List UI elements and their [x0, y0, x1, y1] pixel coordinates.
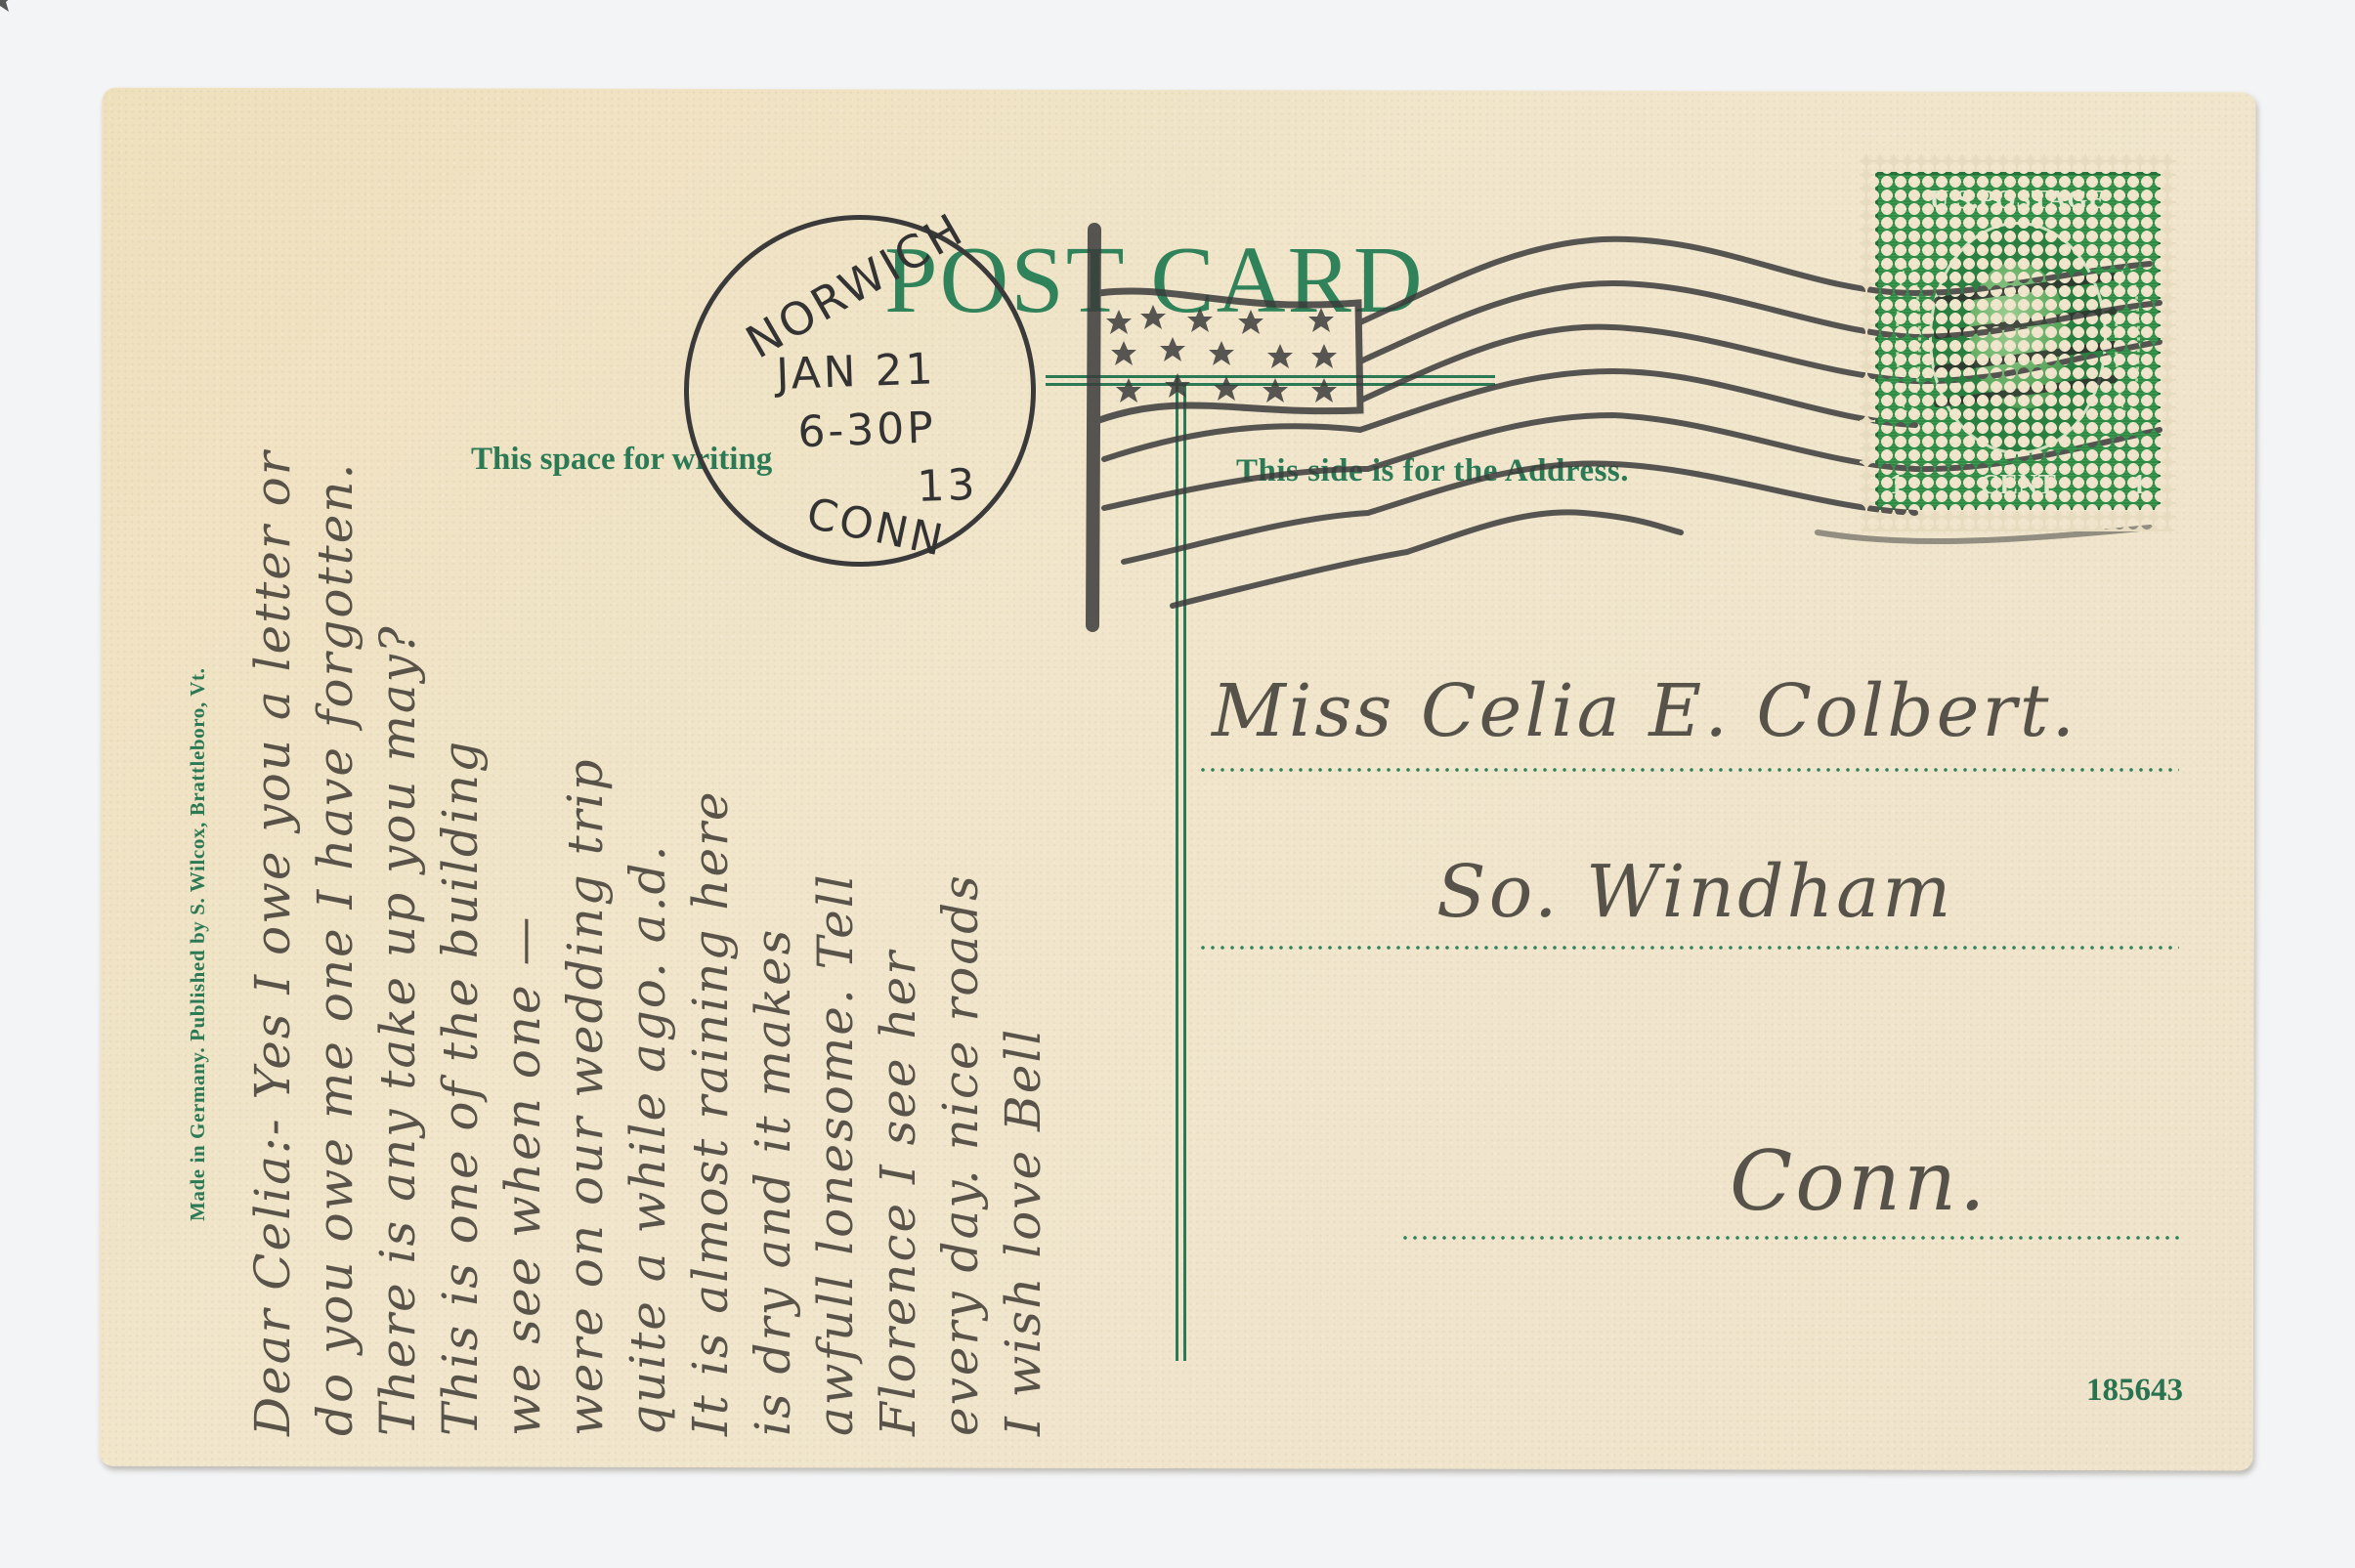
message-line: I wish love Bell [995, 1028, 1051, 1436]
stamp-value-right: 1 [2132, 470, 2146, 501]
message-line: is dry and it makes [745, 928, 801, 1436]
address-town: So. Windham [1436, 850, 1953, 934]
stamp-title: U.S.POSTAGE [1878, 185, 2158, 215]
message-line: It is almost raining here [682, 789, 739, 1436]
message-line: every day. nice roads [932, 873, 989, 1436]
postage-stamp: U.S.POSTAGE 1 CENT 1 [1860, 154, 2176, 531]
address-name: Miss Celia E. Colbert. [1212, 669, 2077, 753]
message-line: awfull lonesome. Tell [807, 872, 864, 1436]
stamp-value-text: CENT [1980, 470, 2056, 501]
message-line: There is any take up you may? [369, 624, 426, 1436]
message-line: were on our wedding trip [557, 757, 614, 1436]
message-line: Dear Celia:- Yes I owe you a letter or [244, 449, 301, 1436]
postmark-time: 6-30P [797, 403, 937, 457]
stamp-cancel-bars [1918, 262, 2133, 418]
postmark-year: 13 [917, 460, 979, 512]
message-line: do you owe me one I have forgotten. [307, 462, 364, 1436]
postmark-date: JAN 21 [775, 344, 936, 400]
message-line: we see when one — [494, 915, 551, 1437]
message-line: This is one of the building [432, 740, 489, 1436]
flag-stars [0, 0, 1337, 403]
stamp-value-left: 1 [1890, 470, 1904, 501]
stamp-value: 1 CENT 1 [1878, 470, 2158, 501]
message-line: quite a while ago. a.d. [620, 844, 676, 1436]
message-line: Florence I see her [870, 950, 926, 1436]
address-state: Conn. [1730, 1133, 1989, 1229]
